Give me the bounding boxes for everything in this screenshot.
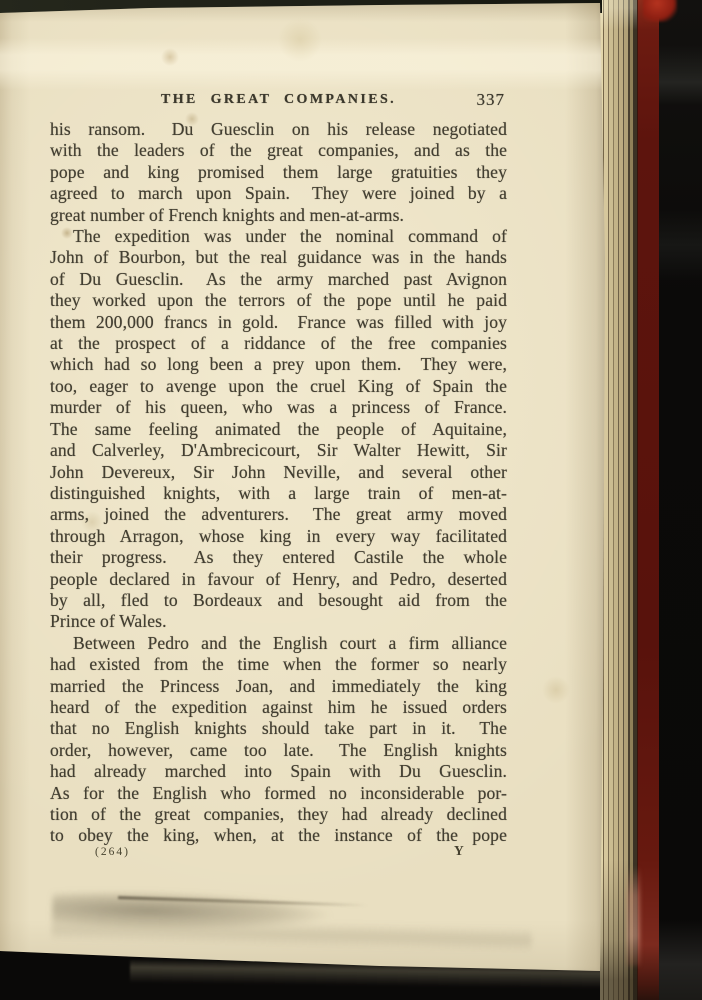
text-line: at the prospect of a riddance of the fre… bbox=[50, 333, 507, 354]
page-header: THE GREAT COMPANIES. 337 bbox=[50, 92, 507, 112]
text-line: pope and king promised them large gratui… bbox=[50, 162, 507, 183]
page-number: 337 bbox=[477, 90, 506, 110]
text-line: his ransom. Du Guesclin on his release n… bbox=[50, 119, 507, 140]
text-line: tion of the great companies, they had al… bbox=[50, 804, 507, 825]
footer-plate-mark: (264) bbox=[95, 846, 130, 858]
text-line: that no English knights should take part… bbox=[50, 718, 507, 739]
text-line: arms, joined the adventurers. The great … bbox=[50, 504, 507, 525]
text-line: they worked upon the terrors of the pope… bbox=[50, 290, 507, 311]
text-line: which had so long been a prey upon them.… bbox=[50, 354, 507, 375]
page-content: THE GREAT COMPANIES. 337 his ransom. Du … bbox=[50, 0, 507, 1000]
photographed-book-scene: THE GREAT COMPANIES. 337 his ransom. Du … bbox=[0, 0, 702, 1000]
text-line: through Arragon, whose king in every way… bbox=[50, 526, 507, 547]
text-line: heard of the expedition against him he i… bbox=[50, 697, 507, 718]
text-line: John of Bourbon, but the real guidance w… bbox=[50, 247, 507, 268]
text-line: married the Princess Joan, and immediate… bbox=[50, 676, 507, 697]
book-cover-corner bbox=[610, 932, 664, 990]
text-line: The same feeling animated the people of … bbox=[50, 419, 507, 440]
text-line: As for the English who formed no inconsi… bbox=[50, 783, 507, 804]
text-line: them 200,000 francs in gold. France was … bbox=[50, 312, 507, 333]
text-line: agreed to march upon Spain. They were jo… bbox=[50, 183, 507, 204]
page-footer: (264) Y bbox=[50, 843, 507, 865]
text-line: with the leaders of the great companies,… bbox=[50, 140, 507, 161]
text-line: had already marched into Spain with Du G… bbox=[50, 761, 507, 782]
text-line: people declared in favour of Henry, and … bbox=[50, 569, 507, 590]
body-text: his ransom. Du Guesclin on his release n… bbox=[50, 119, 507, 847]
text-line: too, eager to avenge upon the cruel King… bbox=[50, 376, 507, 397]
text-line: of Du Guesclin. As the army marched past… bbox=[50, 269, 507, 290]
text-line: had existed from the time when the forme… bbox=[50, 654, 507, 675]
text-line: Prince of Wales. bbox=[50, 611, 507, 632]
text-line: order, however, came too late. The Engli… bbox=[50, 740, 507, 761]
text-line: murder of his queen, who was a princess … bbox=[50, 397, 507, 418]
background-shelf-band bbox=[652, 210, 702, 280]
text-line: and Calverley, D'Ambrecicourt, Sir Walte… bbox=[50, 440, 507, 461]
text-line: Between Pedro and the English court a fi… bbox=[50, 633, 507, 654]
text-line: by all, fled to Bordeaux and besought ai… bbox=[50, 590, 507, 611]
text-line: great number of French knights and men-a… bbox=[50, 205, 507, 226]
book-cover-edge bbox=[637, 0, 659, 1000]
text-line: their progress. As they entered Castile … bbox=[50, 547, 507, 568]
text-line: The expedition was under the nominal com… bbox=[50, 226, 507, 247]
running-title: THE GREAT COMPANIES. bbox=[50, 92, 507, 108]
text-line: distinguished knights, with a large trai… bbox=[50, 483, 507, 504]
book-fore-edge-pages bbox=[600, 0, 638, 1000]
text-line: John Devereux, Sir John Neville, and sev… bbox=[50, 462, 507, 483]
book-cover-red-patch bbox=[643, 0, 677, 22]
footer-signature-mark: Y bbox=[454, 843, 465, 859]
background-shelf-band bbox=[652, 45, 702, 105]
book-page: THE GREAT COMPANIES. 337 his ransom. Du … bbox=[0, 0, 607, 1000]
